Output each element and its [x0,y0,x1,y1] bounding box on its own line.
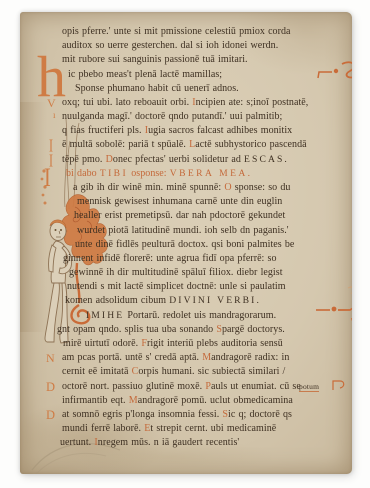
text-run: cernit eē imitatā [62,366,132,377]
text-line: infirmantib eqt. Mandragorē pomū. uclut … [62,395,293,407]
text-run: ncipien ate: s;inoī postnatē, [196,97,309,108]
text-run: DIVINI VERBI. [169,295,261,306]
text-run: auditox so uerre gesterchen. dal si ioh … [62,40,278,51]
text-run: ginnent infidē florerē: unte agrua fidī … [63,253,277,264]
text-run: ic q; doctorē qs [228,409,292,420]
text-run: uertunt. [60,437,94,448]
text-run: onec pfectas' uerbi solidetur ad [113,154,244,165]
text-run: andragorē pomū. uclut obmedicamina [138,395,293,406]
text-line: wurdet piotā latitudinē mundi. ioh selb … [77,225,289,237]
text-line: opis pferre.' unte si mit pmissione cele… [62,26,291,38]
text-line: auditox so uerre gesterchen. dal si ioh … [62,40,278,52]
text-run: nregem mūs. n iā gaudert recentis' [98,437,239,448]
text-line: Sponse phumano habit cū uenerī adnos. [75,83,239,95]
text-run: auls ut enumiat. cū se [211,381,301,392]
text-line: uertunt. Inregem mūs. n iā gaudert recen… [60,437,239,449]
text-line: tēpē pmo. Donec pfectas' uerbi solidetur… [62,154,289,166]
text-line: oxq; tui ubi. lato reboauit orbi. Incipi… [62,97,308,109]
text-line: a gib ih dir winē min. minē spunnē: O sp… [73,182,291,194]
text-run: octorē nort. passiuo glutinē moxē. [62,381,205,392]
text-run: mennisk gewisest inhumana carnē unte din… [77,196,282,207]
text-run: Sponse phumano habit cū uenerī adnos. [75,83,239,94]
text-run: andragorē radix: in [211,352,289,363]
text-line: mit rubore sui sanguinis passionē tuā im… [62,54,248,66]
text-line: nutendi s mit lactē simplicet doctnē: un… [67,281,286,293]
text-line: q fias fructiferi pls. Iugia sacros falc… [62,125,292,137]
text-run: unte dinē fidlēs peulturā doctox. qsi bo… [75,239,294,250]
text-line: gnt opam qndo. splis tua uba sonando Spa… [57,324,285,336]
text-run: VBERA MEA. [170,168,253,179]
manuscript-page: h [20,12,352,474]
margin-initial: I [44,165,51,191]
text-run: TIBI [100,168,128,179]
text-run: ē multā sobolē: pariā t spūalē. [62,139,189,150]
text-run: M [202,352,211,363]
text-line: mundi ferrē laborē. Et strepit cernt. ub… [62,423,276,435]
text-run: opis pferre.' unte si mit pmissione cele… [62,26,291,37]
text-run: D [106,154,113,165]
margin-initial: N [46,352,55,364]
text-run: M [129,395,138,406]
text-run: oxq; tui ubi. lato reboauit orbi. [62,97,192,108]
text-line: mirē uirtutī odorē. Frigit interiū plebs… [63,338,283,350]
text-run: q fias fructiferi pls. [62,125,145,136]
text-line: at somnō egris p'longa insomnia fessi. S… [62,409,292,421]
text-run: pargē doctorys. [222,324,285,335]
text-run: mirē uirtutī odorē. [63,338,141,349]
text-run: O [224,182,231,193]
text-line: nuulganda magī.' doctorē qndo putandī.' … [62,111,282,123]
text-run: am pcas portā. untē s' credā aptā. [62,352,202,363]
text-line: IMIHE Portarū. redolet uis mandragorarum… [86,310,276,322]
text-line: komen adsolidum cibum DIVINI VERBI. [65,295,261,307]
text-run: at somnō egris p'longa insomnia fessi. [62,409,222,420]
margin-initial: ı [53,111,56,120]
text-run: a gib ih dir winē min. minē spunnē: [73,182,224,193]
text-run: orpis humani. sic subiectā similari / [138,366,285,377]
text-line: am pcas portā. untē s' credā aptā. Mandr… [62,352,289,364]
text-block: opis pferre.' unte si mit pmissione cele… [20,12,352,474]
text-run: tēpē pmo. [62,154,106,165]
text-run: ic pbebo meas't plenā lactē mamillas; [68,69,222,80]
text-run: sponse: so du [232,182,291,193]
text-run: IMIHE [86,310,124,321]
text-run: ESCAS. [244,154,289,165]
text-run: mundi ferrē laborē. [62,423,144,434]
text-line: cernit eē imitatā Corpis humani. sic sub… [62,366,285,378]
text-run: infirmantib eqt. [62,395,129,406]
text-line: ic pbebo meas't plenā lactē mamillas; [68,69,222,81]
text-line: healler erist premetipsū. dar nah pdocto… [74,210,285,222]
text-line: ginnent infidē florerē: unte agrua fidī … [63,253,277,265]
text-line: mennisk gewisest inhumana carnē unte din… [77,196,282,208]
text-run: wurdet piotā latitudinē mundi. ioh selb … [77,225,289,236]
text-run: bi dabo [66,168,100,179]
text-run: komen adsolidum cibum [65,295,169,306]
manuscript-photo: h [0,0,370,488]
text-run: Portarū. redolet uis mandragorarum. [124,310,276,321]
text-run: rigit interiū plebs auditoria sensū [147,338,283,349]
text-line: octorē nort. passiuo glutinē moxē. Pauls… [62,381,301,393]
text-run: gewinnē ih dir multitudinē spāluī filiox… [69,267,283,278]
text-run: healler erist premetipsū. dar nah pdocto… [74,210,285,221]
text-line: ē multā sobolē: pariā t spūalē. Lactē su… [62,139,307,151]
text-line: gewinnē ih dir multitudinē spāluī filiox… [69,267,283,279]
text-run: t strepit cernt. ubi medicaminē [150,423,276,434]
text-run: ugia sacros falcast adhibes monitix [148,125,292,136]
margin-initial: D [46,409,55,422]
margin-initial: V [47,97,56,109]
text-run: osponse: [128,168,170,179]
text-line: bi dabo TIBI osponse: VBERA MEA. [66,168,252,180]
text-line: unte dinē fidlēs peulturā doctox. qsi bo… [75,239,294,251]
text-run: actē subhystorico pascendā [195,139,306,150]
text-run: gnt opam qndo. splis tua uba sonando [57,324,216,335]
text-run: nutendi s mit lactē simplicet doctnē: un… [67,281,286,292]
text-run: nuulganda magī.' doctorē qndo putandī.' … [62,111,282,122]
margin-initial: D [46,381,55,394]
text-run: mit rubore sui sanguinis passionē tuā im… [62,54,248,65]
